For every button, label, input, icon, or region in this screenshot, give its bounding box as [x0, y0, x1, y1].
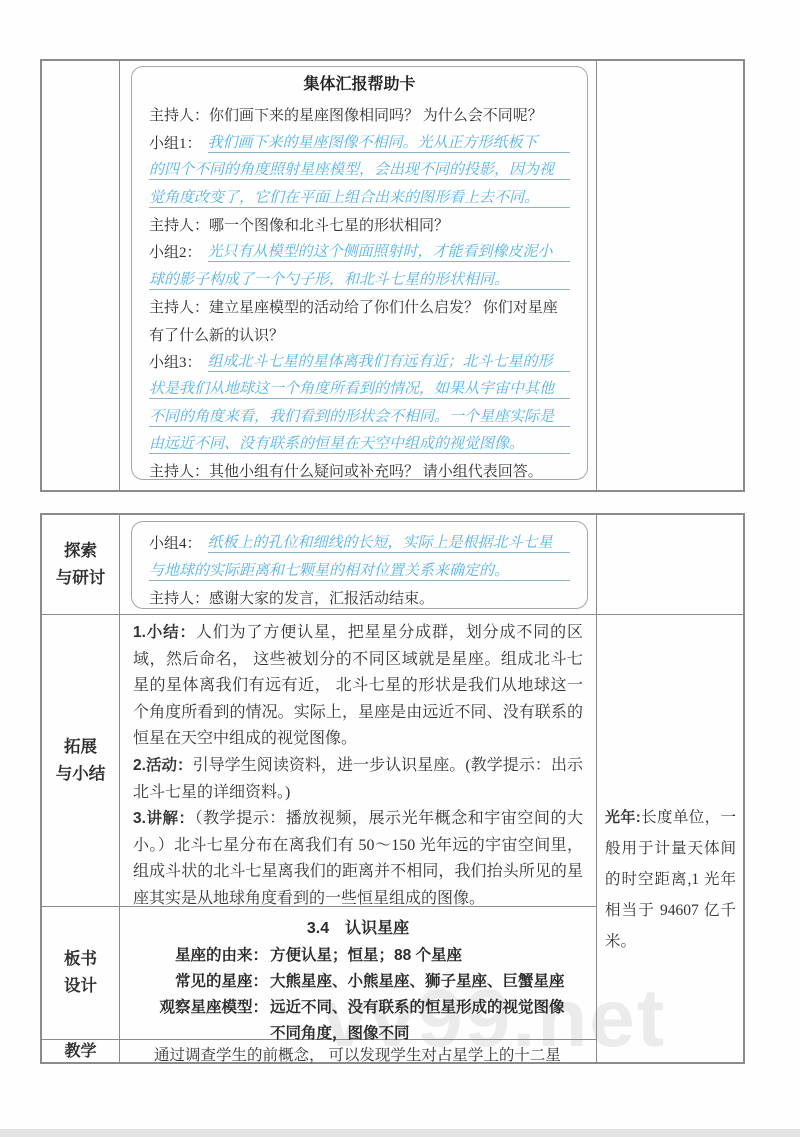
help-card: 集体汇报帮助卡 主持人：你们画下来的星座图像相同吗？ 为什么会不同呢？小组1：我… — [131, 66, 588, 480]
paragraph-label: 3.讲解： — [133, 810, 195, 827]
empty-label-cell — [42, 61, 120, 490]
speaker-label: 主持人： — [149, 104, 209, 125]
dialog-text: 其他小组有什么疑问或补充吗？ 请小组代表回答。 — [209, 460, 570, 481]
paragraph-text: 引导学生阅读资料，进一步认识星座。(教学提示：出示北斗七星的详细资料。) — [133, 757, 583, 801]
dialog-text: 由远近不同、没有联系的恒星在天空中组成的视觉图像。 — [149, 432, 570, 454]
dialog-text: 组成北斗七星的星体离我们有远有近；北斗七星的形 — [208, 350, 570, 372]
section-label-extension: 拓展 与小结 — [42, 615, 119, 906]
side-note-cell: 光年:长度单位，一般用于计量天体间的时空距离,1 光年相当于 94607 亿千米… — [597, 615, 743, 1062]
explore-card: 小组4：纸板上的孔位和细线的长短，实际上是根据北斗七星与地球的实际距离和七颗星的… — [131, 521, 588, 609]
dialog-line-cont: 不同的角度来看，我们看到的形状会不相同。一个星座实际是 — [149, 399, 570, 426]
dialog-text: 不同的角度来看，我们看到的形状会不相同。一个星座实际是 — [149, 405, 570, 427]
extension-content-cell: 1.小结：人们为了方便认星，把星星分成群，划分成不同的区域，然后命名， 这些被划… — [120, 615, 597, 907]
section-label-line: 与小结 — [56, 761, 106, 788]
speaker-label: 小组4： — [149, 532, 202, 553]
speaker-label: 小组3： — [149, 351, 202, 372]
dialog-line: 小组2：光只有从模型的这个侧面照射时，才能看到橡皮泥小 — [149, 235, 570, 262]
dialog-text: 球的影子构成了一个勺子形，和北斗七星的形状相同。 — [149, 268, 570, 290]
section-label-line: 与研讨 — [56, 565, 106, 592]
dialog-line-cont: 的四个不同的角度照射星座模型，会出现不同的投影，因为视 — [149, 153, 570, 180]
explore-content-cell: 小组4：纸板上的孔位和细线的长短，实际上是根据北斗七星与地球的实际距离和七颗星的… — [120, 515, 597, 615]
light-year-note: 光年:长度单位，一般用于计量天体间的时空距离,1 光年相当于 94607 亿千米… — [597, 615, 743, 957]
section-label-teaching: 教学 — [42, 1040, 120, 1062]
board-line: 星座的由来：方便认星；恒星；88 个星座 — [120, 943, 596, 969]
board-content-cell: 3.4 认识星座 星座的由来：方便认星；恒星；88 个星座常见的星座：大熊星座、… — [120, 907, 597, 1040]
section-label-line: 探索 — [64, 538, 97, 565]
notes-cell-empty — [597, 515, 743, 615]
paragraph-text: （教学提示：播放视频，展示光年概念和宇宙空间的大小。）北斗七星分布在离我们有 5… — [133, 810, 583, 907]
explore-card-lines: 小组4：纸板上的孔位和细线的长短，实际上是根据北斗七星与地球的实际距离和七颗星的… — [149, 526, 570, 608]
dialog-text: 与地球的实际距离和七颗星的相对位置关系来确定的。 — [149, 559, 570, 581]
speaker-label: 主持人： — [149, 296, 209, 317]
dialog-line: 主持人：感谢大家的发言，汇报活动结束。 — [149, 581, 570, 608]
extension-paragraph: 3.讲解：（教学提示：播放视频，展示光年概念和宇宙空间的大小。）北斗七星分布在离… — [133, 806, 583, 912]
dialog-text: 你们画下来的星座图像相同吗？ 为什么会不同呢？ — [209, 104, 570, 125]
help-card-title: 集体汇报帮助卡 — [149, 71, 570, 98]
extension-paragraph: 1.小结：人们为了方便认星，把星星分成群，划分成不同的区域，然后命名， 这些被划… — [133, 620, 583, 753]
dialog-text: 觉角度改变了，它们在平面上组合出来的图形看上去不同。 — [149, 186, 570, 208]
board-line: 观察星座模型：远近不同、没有联系的恒星形成的视觉图像 — [120, 995, 596, 1021]
speaker-label: 主持人： — [149, 214, 209, 235]
section-label-line: 板书 — [64, 946, 97, 973]
paragraph-label: 1.小结： — [133, 624, 196, 641]
lesson-plan-table: 探索 与研讨 小组4：纸板上的孔位和细线的长短，实际上是根据北斗七星与地球的实际… — [40, 513, 745, 1064]
extension-paragraphs: 1.小结：人们为了方便认星，把星星分成群，划分成不同的区域，然后命名， 这些被划… — [120, 615, 596, 913]
dialog-line-cont: 觉角度改变了，它们在平面上组合出来的图形看上去不同。 — [149, 180, 570, 207]
board-line-text: 大熊星座、小熊星座、狮子星座、巨蟹星座 — [268, 969, 596, 995]
dialog-line-cont: 与地球的实际距离和七颗星的相对位置关系来确定的。 — [149, 553, 570, 580]
dialog-line: 主持人：你们画下来的星座图像相同吗？ 为什么会不同呢？ — [149, 98, 570, 125]
help-card-lines: 主持人：你们画下来的星座图像相同吗？ 为什么会不同呢？小组1：我们画下来的星座图… — [149, 98, 570, 481]
board-line-label: 观察星座模型： — [120, 995, 268, 1021]
dialog-text: 建立星座模型的活动给了你们什么启发？ 你们对星座 — [209, 296, 570, 317]
dialog-line: 小组4：纸板上的孔位和细线的长短，实际上是根据北斗七星 — [149, 526, 570, 553]
board-line-text: 远近不同、没有联系的恒星形成的视觉图像 — [268, 995, 596, 1021]
board-line: 常见的星座：大熊星座、小熊星座、狮子星座、巨蟹星座 — [120, 969, 596, 995]
speaker-label: 小组1： — [149, 132, 202, 153]
dialog-text: 的四个不同的角度照射星座模型，会出现不同的投影，因为视 — [149, 158, 570, 180]
dialog-line: 小组1：我们画下来的星座图像不相同。光从正方形纸板下 — [149, 125, 570, 152]
dialog-line-cont: 有了什么新的认识？ — [149, 317, 570, 344]
dialog-line: 小组3：组成北斗七星的星体离我们有远有近；北斗七星的形 — [149, 345, 570, 372]
section-label-board: 板书 设计 — [42, 907, 120, 1040]
dialog-line-cont: 由远近不同、没有联系的恒星在天空中组成的视觉图像。 — [149, 427, 570, 454]
speaker-label: 主持人： — [149, 587, 209, 608]
teaching-text: 通过调查学生的前概念， 可以发现学生对占星学上的十二星 — [120, 1040, 596, 1065]
dialog-line-cont: 状是我们从地球这一个角度所看到的情况，如果从宇宙中其他 — [149, 372, 570, 399]
speaker-label: 主持人： — [149, 460, 209, 481]
help-card-content-cell: 集体汇报帮助卡 主持人：你们画下来的星座图像相同吗？ 为什么会不同呢？小组1：我… — [120, 61, 597, 490]
board-design: 3.4 认识星座 星座的由来：方便认星；恒星；88 个星座常见的星座：大熊星座、… — [120, 907, 596, 1047]
dialog-text: 纸板上的孔位和细线的长短，实际上是根据北斗七星 — [208, 531, 570, 553]
extension-paragraph: 2.活动：引导学生阅读资料，进一步认识星座。(教学提示：出示北斗七星的详细资料。… — [133, 753, 583, 806]
speaker-label: 小组2： — [149, 241, 202, 262]
dialog-line: 主持人：哪一个图像和北斗七星的形状相同？ — [149, 208, 570, 235]
paragraph-text: 人们为了方便认星，把星星分成群，划分成不同的区域，然后命名， 这些被划分的不同区… — [133, 624, 583, 747]
board-title: 3.4 认识星座 — [120, 915, 596, 943]
board-lines: 星座的由来：方便认星；恒星；88 个星座常见的星座：大熊星座、小熊星座、狮子星座… — [120, 943, 596, 1047]
light-year-term: 光年: — [605, 809, 641, 826]
dialog-text: 状是我们从地球这一个角度所看到的情况，如果从宇宙中其他 — [149, 377, 570, 399]
dialog-line: 主持人：建立星座模型的活动给了你们什么启发？ 你们对星座 — [149, 290, 570, 317]
notes-column-empty — [597, 61, 743, 490]
dialog-text: 感谢大家的发言，汇报活动结束。 — [209, 587, 570, 608]
page-bottom-edge — [0, 1129, 800, 1137]
section-label-explore: 探索 与研讨 — [42, 515, 120, 615]
light-year-text: 长度单位，一般用于计量天体间的时空距离,1 光年相当于 94607 亿千米。 — [605, 809, 736, 950]
section-label-line: 拓展 — [64, 734, 97, 761]
dialog-text: 光只有从模型的这个侧面照射时，才能看到橡皮泥小 — [208, 240, 570, 262]
board-line-label: 常见的星座： — [120, 969, 268, 995]
section-label-line: 设计 — [64, 973, 97, 1000]
section-label-line: 教学 — [64, 1038, 96, 1065]
dialog-text: 哪一个图像和北斗七星的形状相同？ — [209, 214, 570, 235]
dialog-line: 主持人：其他小组有什么疑问或补充吗？ 请小组代表回答。 — [149, 454, 570, 481]
paragraph-label: 2.活动： — [133, 757, 193, 774]
dialog-text: 我们画下来的星座图像不相同。光从正方形纸板下 — [208, 131, 570, 153]
help-card-table: 集体汇报帮助卡 主持人：你们画下来的星座图像相同吗？ 为什么会不同呢？小组1：我… — [40, 59, 745, 492]
board-line-text: 方便认星；恒星；88 个星座 — [268, 943, 596, 969]
dialog-text: 有了什么新的认识？ — [149, 324, 570, 345]
section-label-extension-cell: 拓展 与小结 — [42, 615, 120, 907]
dialog-line-cont: 球的影子构成了一个勺子形，和北斗七星的形状相同。 — [149, 262, 570, 289]
teaching-content-cell: 通过调查学生的前概念， 可以发现学生对占星学上的十二星 — [120, 1040, 597, 1062]
board-line-label: 星座的由来： — [120, 943, 268, 969]
